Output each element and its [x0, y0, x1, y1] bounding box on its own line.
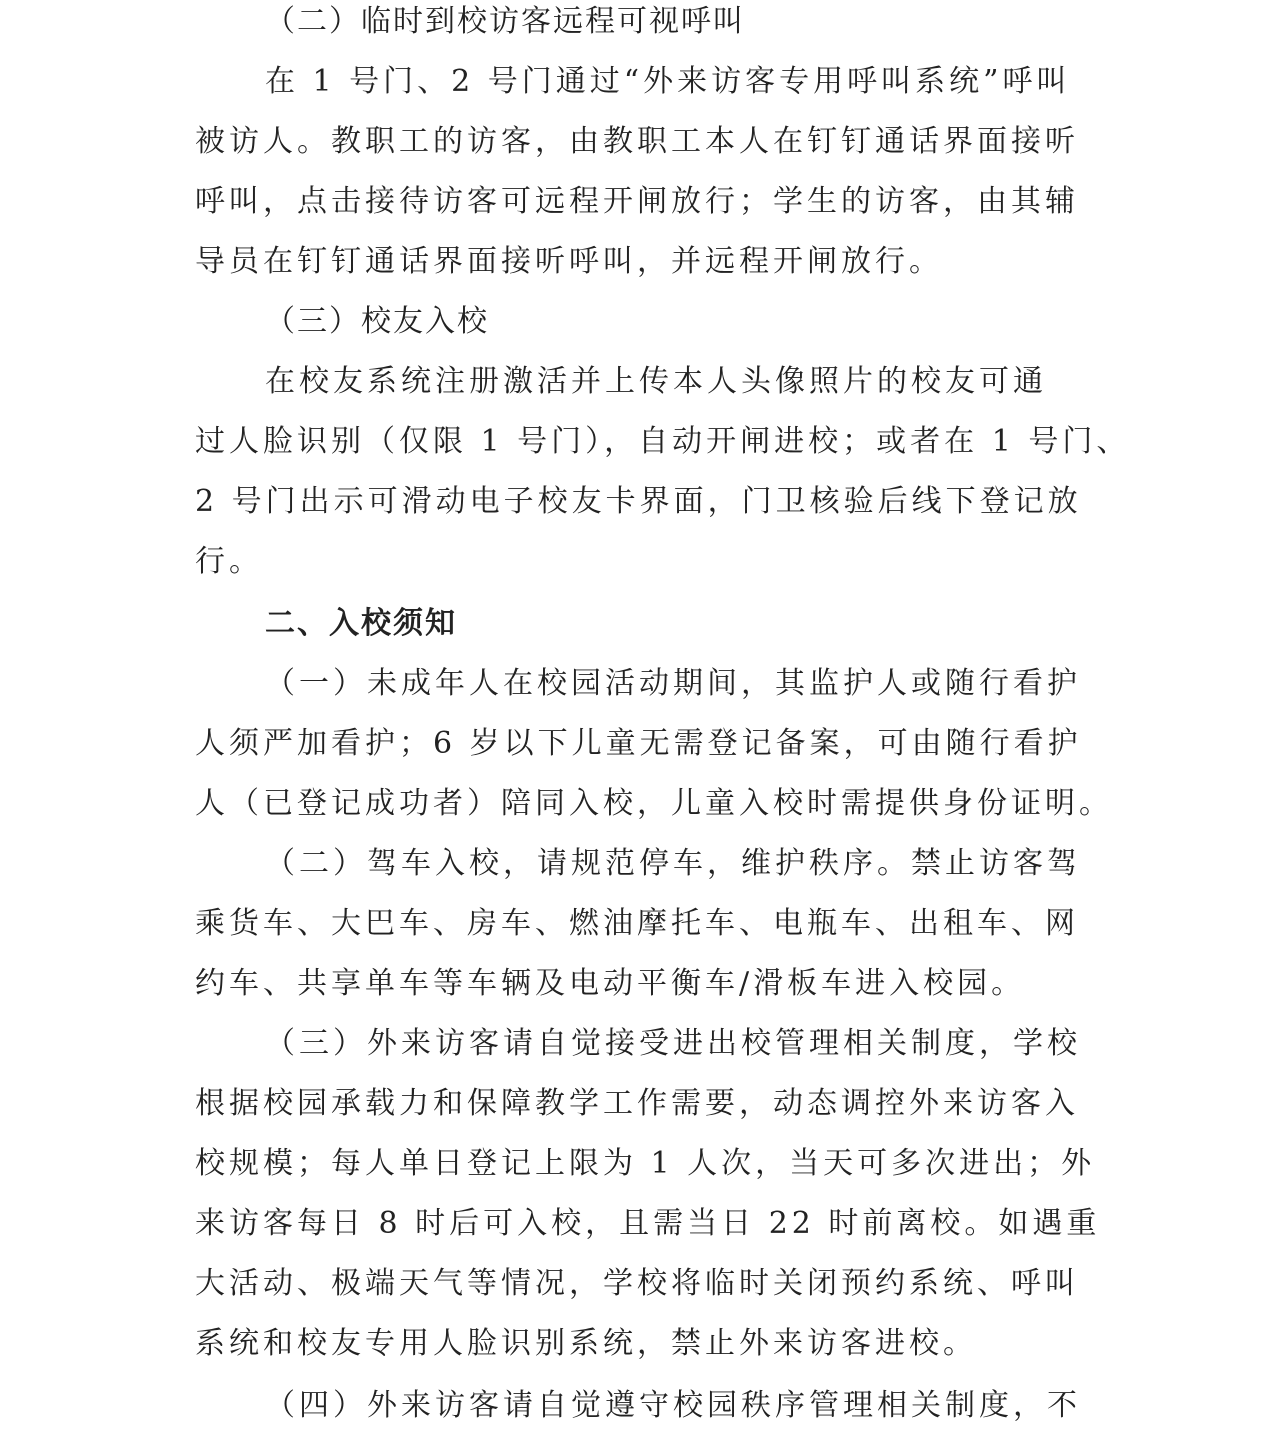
paragraph-line: 乘货车、大巴车、房车、燃油摩托车、电瓶车、出租车、网 — [195, 904, 1079, 944]
paragraph-line: 人（已登记成功者）陪同入校，儿童入校时需提供身份证明。 — [195, 784, 1113, 824]
section-subheading-remote-call: （二）临时到校访客远程可视呼叫 — [265, 2, 745, 42]
paragraph-line: 呼叫，点击接待访客可远程开闸放行；学生的访客，由其辅 — [195, 182, 1079, 222]
paragraph-line: 导员在钉钉通话界面接听呼叫，并远程开闸放行。 — [195, 242, 943, 282]
paragraph-line: （四）外来访客请自觉遵守校园秩序管理相关制度，不 — [265, 1386, 1081, 1426]
section-heading-entry-notice: 二、入校须知 — [265, 604, 457, 644]
document-page: （二）临时到校访客远程可视呼叫 在 1 号门、2 号门通过“外来访客专用呼叫系统… — [0, 0, 1280, 1431]
paragraph-line: 约车、共享单车等车辆及电动平衡车/滑板车进入校园。 — [195, 964, 1025, 1004]
paragraph-line: 过人脸识别（仅限 1 号门），自动开闸进校；或者在 1 号门、 — [195, 422, 1130, 462]
paragraph-line: 人须严加看护；6 岁以下儿童无需登记备案，可由随行看护 — [195, 724, 1082, 764]
paragraph-line: （三）外来访客请自觉接受进出校管理相关制度，学校 — [265, 1024, 1081, 1064]
paragraph-line: 2 号门出示可滑动电子校友卡界面，门卫核验后线下登记放 — [195, 482, 1082, 522]
paragraph-line: 被访人。教职工的访客，由教职工本人在钉钉通话界面接听 — [195, 122, 1079, 162]
paragraph-line: 系统和校友专用人脸识别系统，禁止外来访客进校。 — [195, 1324, 977, 1364]
paragraph-line: 根据校园承载力和保障教学工作需要，动态调控外来访客入 — [195, 1084, 1079, 1124]
section-subheading-alumni: （三）校友入校 — [265, 302, 489, 342]
paragraph-line: 在校友系统注册激活并上传本人头像照片的校友可通 — [265, 362, 1047, 402]
paragraph-line: （二）驾车入校，请规范停车，维护秩序。禁止访客驾 — [265, 844, 1081, 884]
paragraph-line: 在 1 号门、2 号门通过“外来访客专用呼叫系统”呼叫 — [265, 62, 1070, 102]
paragraph-line: （一）未成年人在校园活动期间，其监护人或随行看护 — [265, 664, 1081, 704]
paragraph-line: 行。 — [195, 542, 263, 582]
paragraph-line: 来访客每日 8 时后可入校，且需当日 22 时前离校。如遇重 — [195, 1204, 1100, 1244]
paragraph-line: 大活动、极端天气等情况，学校将临时关闭预约系统、呼叫 — [195, 1264, 1079, 1304]
paragraph-line: 校规模；每人单日登记上限为 1 人次，当天可多次进出；外 — [195, 1144, 1095, 1184]
